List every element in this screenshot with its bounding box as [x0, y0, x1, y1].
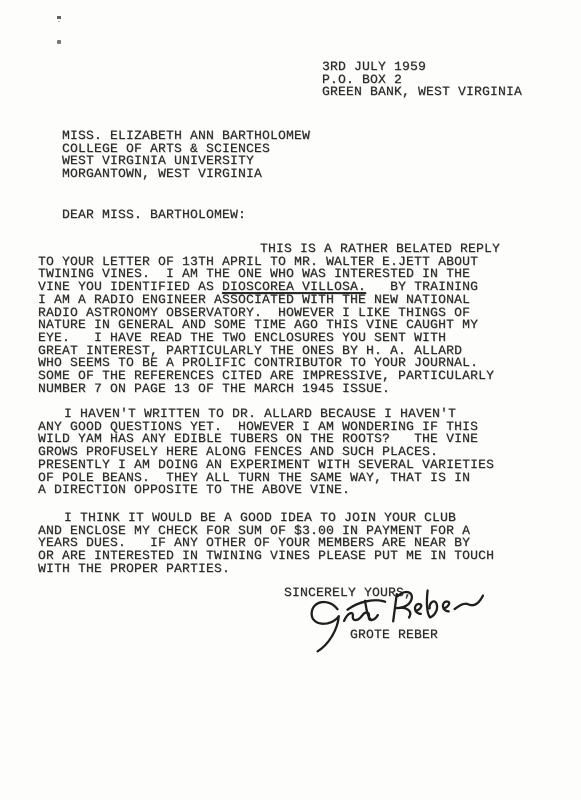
scan-speck	[57, 40, 61, 44]
body-line: number 7 on page 13 of the March 1945 is…	[38, 383, 500, 396]
salutation: Dear Miss. Bartholomew:	[62, 209, 246, 222]
paragraph-1: This is a rather belated reply to your l…	[38, 243, 500, 395]
recipient-city: Morgantown, West Virginia	[62, 168, 310, 181]
sender-block: 3rd July 1959 P.O. Box 2 Green Bank, Wes…	[322, 61, 522, 99]
scan-speck	[57, 16, 61, 19]
body-line: a direction opposite to the above vine.	[38, 484, 494, 497]
paragraph-3: I think it would be a good idea to join …	[38, 512, 494, 576]
paragraph-2: I haven't written to Dr. Allard because …	[38, 408, 494, 497]
typed-signature-name: Grote Reber	[350, 629, 438, 642]
scanned-letter-page: 3rd July 1959 P.O. Box 2 Green Bank, Wes…	[0, 0, 581, 800]
salutation-line: Dear Miss. Bartholomew:	[62, 209, 246, 222]
body-line: with the proper parties.	[38, 563, 494, 576]
sender-city: Green Bank, West Virginia	[322, 86, 522, 99]
handwritten-signature	[300, 579, 498, 657]
recipient-block: Miss. Elizabeth Ann Bartholomew College …	[62, 130, 310, 181]
